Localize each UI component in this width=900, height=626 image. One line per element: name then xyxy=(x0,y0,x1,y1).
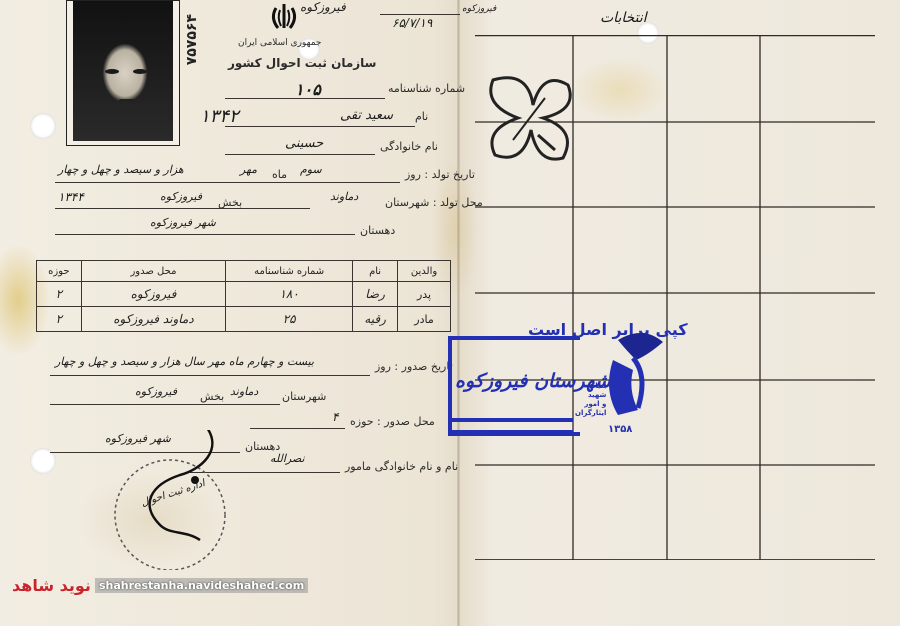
election-stamp-icon xyxy=(483,70,578,165)
table-row: پدر رضا ۱۸۰ فیروزکوه ۲ xyxy=(37,282,451,307)
issue-city-value: دماوند xyxy=(230,385,258,398)
field-value-id: ۱۰۵ xyxy=(295,80,321,99)
issue-place-label: محل صدور : حوزه xyxy=(350,415,435,428)
col-header-parents: والدین xyxy=(398,261,451,282)
issue-place-cell: فیروزکوه xyxy=(81,282,225,307)
col-header-name: نام xyxy=(353,261,398,282)
issue-part-label: بخش xyxy=(200,390,224,403)
watermark-url[interactable]: shahrestanha.navideshahed.com xyxy=(95,578,308,593)
part-label: بخش xyxy=(218,196,242,209)
navideshahed-logo: نوید شاهد xyxy=(12,578,91,593)
col-header-issue-place: محل صدور xyxy=(81,261,225,282)
birthplace-extra: ۱۳۴۴ xyxy=(58,190,84,204)
punch-hole xyxy=(30,113,56,139)
id-cell: ۲۵ xyxy=(226,307,353,332)
field-label-name: نام xyxy=(415,110,428,123)
blue-stamp-small: بنیاد شهید و امور ایثارگران xyxy=(575,382,606,418)
site-watermark: نوید شاهد shahrestanha.navideshahed.com xyxy=(12,578,308,593)
top-number: ۶۵/۷/۱۹ xyxy=(392,16,432,30)
officer-value: نصرالله xyxy=(270,452,305,465)
serial-number: ۷۵۷۵۶۴ xyxy=(184,14,200,65)
village-value: شهر فیروزکوه xyxy=(150,216,216,229)
country-line: جمهوری اسلامی ایران xyxy=(238,38,322,48)
zone-cell: ۲ xyxy=(37,282,82,307)
month-label: ماه xyxy=(272,168,287,181)
birth-year: هزار و سیصد و چهل و چهار xyxy=(58,163,184,176)
relation-cell: مادر xyxy=(398,307,451,332)
field-label-id: شماره شناسنامه xyxy=(388,82,465,95)
col-header-zone: حوزه xyxy=(37,261,82,282)
id-photo xyxy=(66,0,180,146)
officer-label: نام و نام خانوادگی مامور xyxy=(345,460,458,473)
birthplace-city: دماوند xyxy=(330,190,358,203)
field-value-family: حسینی xyxy=(285,136,323,151)
name-cell: رضا xyxy=(353,282,398,307)
round-stamp xyxy=(100,430,260,570)
parents-table: والدین نام شماره شناسنامه محل صدور حوزه … xyxy=(36,260,451,332)
org-line: سازمان ثبت احوال کشور xyxy=(228,56,376,70)
field-label-family: نام خانوادگی xyxy=(380,140,438,153)
right-page-title: انتخابات xyxy=(600,10,647,26)
field-label-village: دهستان xyxy=(360,224,395,237)
foundation-logo-icon xyxy=(598,330,666,420)
field-label-birthplace-city: محل تولد : شهرستان xyxy=(385,196,483,209)
field-label-birthdate: تاریخ تولد : روز xyxy=(405,168,475,181)
id-cell: ۱۸۰ xyxy=(226,282,353,307)
issue-place-cell: دماوند فیروزکوه xyxy=(81,307,225,332)
signature: ۱۳۴۲ xyxy=(200,106,239,127)
field-value-name: سعید تقی xyxy=(340,108,393,123)
issue-city-label: شهرستان xyxy=(282,390,326,403)
blue-stamp-year: ۱۳۵۸ xyxy=(608,424,632,435)
table-row: مادر رقیه ۲۵ دماوند فیروزکوه ۲ xyxy=(37,307,451,332)
iran-emblem-icon xyxy=(268,2,300,32)
birth-day: سوم xyxy=(300,163,322,176)
issue-date-label: تاریخ صدور : روز xyxy=(375,360,453,373)
issue-date-value: بیست و چهارم ماه مهر سال هزار و سیصد و چ… xyxy=(55,355,314,368)
birthplace-part: فیروزکوه xyxy=(160,190,202,203)
name-cell: رقیه xyxy=(353,307,398,332)
relation-cell: پدر xyxy=(398,282,451,307)
issue-place-value: ۴ xyxy=(332,410,338,424)
col-header-id: شماره شناسنامه xyxy=(226,261,353,282)
birth-month: مهر xyxy=(240,163,257,176)
issue-part-value: فیروزکوه xyxy=(135,385,177,398)
corner-note: فیروزکوه xyxy=(462,4,496,14)
zone-cell: ۲ xyxy=(37,307,82,332)
top-handwriting: فیروزکوه xyxy=(300,0,346,14)
